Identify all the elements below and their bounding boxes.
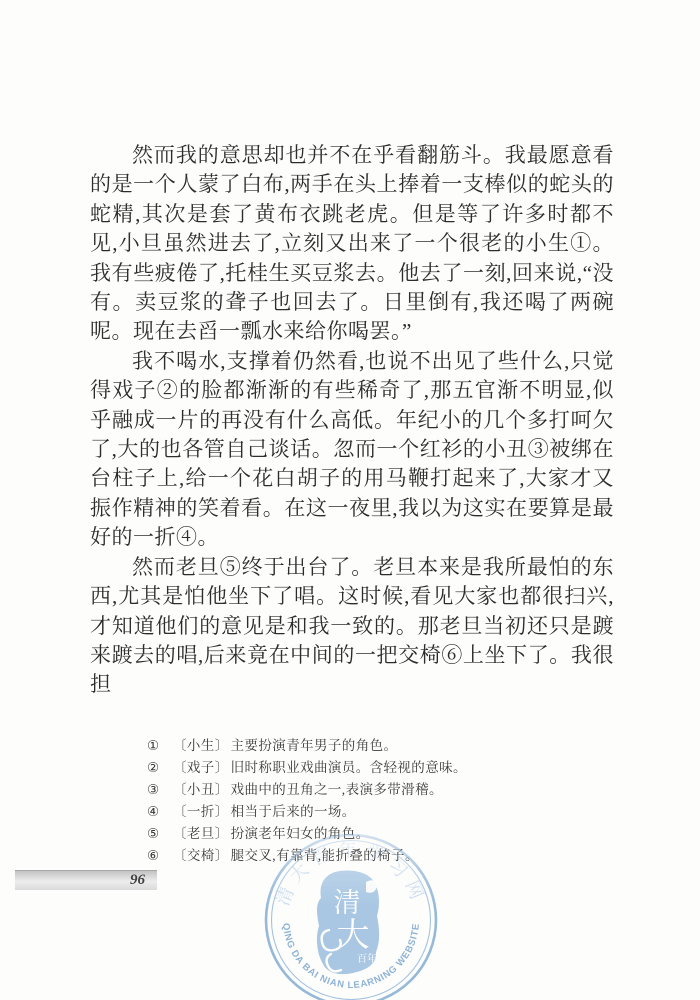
footnote-marker: ③ [147, 779, 173, 801]
footnote-marker: ② [147, 757, 173, 779]
footnote-3: ③ 〔小丑〕戏曲中的丑角之一,表演多带滑稽。 [147, 779, 492, 801]
footnote-text: 〔戏子〕旧时称职业戏曲演员。含轻视的意味。 [173, 757, 467, 779]
footnote-definition: 旧时称职业戏曲演员。含轻视的意味。 [231, 760, 467, 775]
footnote-definition: 主要扮演青年男子的角色。 [231, 738, 398, 753]
stamp-seal-small-chars: 百年 [357, 952, 377, 965]
paragraph-3: 然而老旦⑤终于出台了。老旦本来是我所最怕的东西,尤其是怕他坐下了唱。这时候,看见… [90, 553, 614, 700]
paragraph-1: 然而我的意思却也并不在乎看翻筋斗。我最愿意看的是一个人蒙了白布,两手在头上捧着一… [90, 141, 614, 347]
footnote-definition: 戏曲中的丑角之一,表演多带滑稽。 [231, 782, 443, 797]
footnote-marker: ⑥ [147, 845, 173, 867]
stamp-seal-char-qing: 清 [334, 888, 361, 918]
footnote-term: 〔一折〕 [173, 804, 229, 819]
stamp-seal-char-da: 大 [337, 917, 370, 954]
footnote-1: ① 〔小生〕主要扮演青年男子的角色。 [147, 735, 492, 757]
footnote-term: 〔戏子〕 [173, 760, 229, 775]
footnote-marker: ⑤ [147, 823, 173, 845]
footnote-text: 〔小生〕主要扮演青年男子的角色。 [173, 735, 397, 757]
footnote-term: 〔老旦〕 [173, 826, 229, 841]
page-number-bar: 96 [15, 870, 157, 890]
footnote-4: ④ 〔一折〕相当于后来的一场。 [147, 801, 492, 823]
footnote-term: 〔小丑〕 [173, 782, 229, 797]
footnote-marker: ④ [147, 801, 173, 823]
page-number: 96 [130, 871, 157, 890]
body-text-block: 然而我的意思却也并不在乎看翻筋斗。我最愿意看的是一个人蒙了白布,两手在头上捧着一… [90, 141, 614, 700]
watermark-stamp: 清大百年学习网 QING DA BAI NIAN LEARNING WEBSIT… [263, 832, 439, 1000]
paragraph-2: 我不喝水,支撑着仍然看,也说不出见了些什么,只觉得戏子②的脸都渐渐的有些稀奇了,… [90, 347, 614, 553]
footnote-term: 〔交椅〕 [173, 848, 229, 863]
footnote-2: ② 〔戏子〕旧时称职业戏曲演员。含轻视的意味。 [147, 757, 492, 779]
footnote-marker: ① [147, 735, 173, 757]
footnote-text: 〔小丑〕戏曲中的丑角之一,表演多带滑稽。 [173, 779, 443, 801]
footnote-term: 〔小生〕 [173, 738, 229, 753]
footnote-definition: 相当于后来的一场。 [231, 804, 356, 819]
footnote-text: 〔一折〕相当于后来的一场。 [173, 801, 356, 823]
watermark-stamp-graphic: 清大百年学习网 QING DA BAI NIAN LEARNING WEBSIT… [263, 832, 439, 1000]
